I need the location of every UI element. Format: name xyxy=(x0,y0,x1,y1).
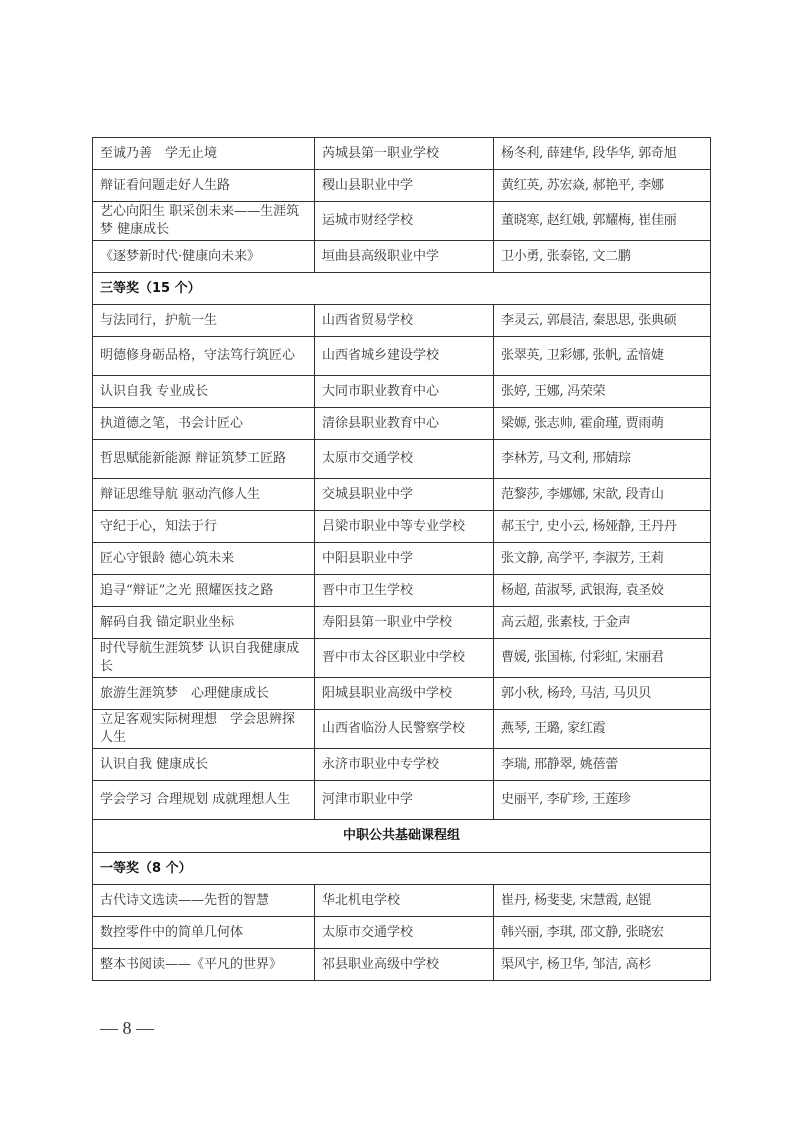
school-name: 寿阳县第一职业中学校 xyxy=(315,607,494,639)
table-row: 整本书阅读——《平凡的世界》 祁县职业高级中学校 渠风宇, 杨卫华, 邹洁, 高… xyxy=(93,949,711,981)
work-title: 匠心守银龄 德心筑未来 xyxy=(93,543,315,575)
table-row: 旅游生涯筑梦 心理健康成长 阳城县职业高级中学校 郭小秋, 杨玲, 马洁, 马贝… xyxy=(93,678,711,710)
work-title: 解码自我 锚定职业坐标 xyxy=(93,607,315,639)
authors: 高云超, 张素枝, 于金声 xyxy=(494,607,711,639)
section-label: 三等奖（15 个） xyxy=(93,273,711,305)
table-row: 《逐梦新时代·健康向未来》 垣曲县高级职业中学 卫小勇, 张泰铭, 文二鹏 xyxy=(93,241,711,273)
work-title: 时代导航生涯筑梦 认识自我健康成长 xyxy=(93,639,315,678)
authors: 卫小勇, 张泰铭, 文二鹏 xyxy=(494,241,711,273)
group-header-row: 中职公共基础课程组 xyxy=(93,820,711,853)
authors: 杨冬利, 薛建华, 段华华, 郭奇旭 xyxy=(494,138,711,170)
authors: 渠风宇, 杨卫华, 邹洁, 高杉 xyxy=(494,949,711,981)
section-label: 一等奖（8 个） xyxy=(93,853,711,885)
table-row: 认识自我 健康成长 永济市职业中专学校 李瑞, 邢静翠, 姚蓓蕾 xyxy=(93,749,711,781)
work-title: 认识自我 专业成长 xyxy=(93,376,315,408)
school-name: 太原市交通学校 xyxy=(315,440,494,479)
authors: 郝玉宁, 史小云, 杨娅静, 王丹丹 xyxy=(494,511,711,543)
table-row: 明德修身砺品格，守法笃行筑匠心 山西省城乡建设学校 张翠英, 卫彩娜, 张帆, … xyxy=(93,337,711,376)
school-name: 晋中市卫生学校 xyxy=(315,575,494,607)
school-name: 晋中市太谷区职业中学校 xyxy=(315,639,494,678)
work-title: 与法同行，护航一生 xyxy=(93,305,315,337)
authors: 董晓寒, 赵红娥, 郭耀梅, 崔佳丽 xyxy=(494,202,711,241)
authors: 燕琴, 王璐, 家红霞 xyxy=(494,710,711,749)
school-name: 山西省城乡建设学校 xyxy=(315,337,494,376)
authors: 韩兴丽, 李琪, 邵文静, 张晓宏 xyxy=(494,917,711,949)
awards-table: 至诚乃善 学无止境 芮城县第一职业学校 杨冬利, 薛建华, 段华华, 郭奇旭 辩… xyxy=(92,137,711,981)
document-page: 至诚乃善 学无止境 芮城县第一职业学校 杨冬利, 薛建华, 段华华, 郭奇旭 辩… xyxy=(0,0,794,1123)
school-name: 太原市交通学校 xyxy=(315,917,494,949)
work-title: 《逐梦新时代·健康向未来》 xyxy=(93,241,315,273)
work-title: 哲思赋能新能源 辩证筑梦工匠路 xyxy=(93,440,315,479)
authors: 崔丹, 杨斐斐, 宋慧霞, 赵锟 xyxy=(494,885,711,917)
page-number: — 8 — xyxy=(100,1018,154,1039)
table-row: 古代诗文选读——先哲的智慧 华北机电学校 崔丹, 杨斐斐, 宋慧霞, 赵锟 xyxy=(93,885,711,917)
authors: 李灵云, 郭晨洁, 秦思思, 张典硕 xyxy=(494,305,711,337)
work-title: 古代诗文选读——先哲的智慧 xyxy=(93,885,315,917)
authors: 李瑞, 邢静翠, 姚蓓蕾 xyxy=(494,749,711,781)
work-title: 守纪于心，知法于行 xyxy=(93,511,315,543)
table-row: 匠心守银龄 德心筑未来 中阳县职业中学 张文静, 高学平, 李淑芳, 王莉 xyxy=(93,543,711,575)
work-title: 认识自我 健康成长 xyxy=(93,749,315,781)
school-name: 芮城县第一职业学校 xyxy=(315,138,494,170)
table-row: 守纪于心，知法于行 吕梁市职业中等专业学校 郝玉宁, 史小云, 杨娅静, 王丹丹 xyxy=(93,511,711,543)
table-row: 数控零件中的简单几何体 太原市交通学校 韩兴丽, 李琪, 邵文静, 张晓宏 xyxy=(93,917,711,949)
work-title: 追寻“辩证”之光 照耀医技之路 xyxy=(93,575,315,607)
school-name: 清徐县职业教育中心 xyxy=(315,408,494,440)
school-name: 大同市职业教育中心 xyxy=(315,376,494,408)
work-title: 辩证思维导航 驱动汽修人生 xyxy=(93,479,315,511)
table-row: 与法同行，护航一生 山西省贸易学校 李灵云, 郭晨洁, 秦思思, 张典硕 xyxy=(93,305,711,337)
school-name: 吕梁市职业中等专业学校 xyxy=(315,511,494,543)
school-name: 垣曲县高级职业中学 xyxy=(315,241,494,273)
table-row: 立足客观实际树理想 学会思辨探人生 山西省临汾人民警察学校 燕琴, 王璐, 家红… xyxy=(93,710,711,749)
school-name: 华北机电学校 xyxy=(315,885,494,917)
table-row: 艺心向阳生 职采创未来——生涯筑梦 健康成长 运城市财经学校 董晓寒, 赵红娥,… xyxy=(93,202,711,241)
table-row: 辩证思维导航 驱动汽修人生 交城县职业中学 范黎莎, 李娜娜, 宋歆, 段青山 xyxy=(93,479,711,511)
authors: 李林芳, 马文利, 邢婧琮 xyxy=(494,440,711,479)
school-name: 山西省临汾人民警察学校 xyxy=(315,710,494,749)
authors: 曹媛, 张国栋, 付彩虹, 宋丽君 xyxy=(494,639,711,678)
authors: 史丽平, 李矿珍, 王莲珍 xyxy=(494,781,711,820)
authors: 张文静, 高学平, 李淑芳, 王莉 xyxy=(494,543,711,575)
table-row: 认识自我 专业成长 大同市职业教育中心 张婷, 王娜, 冯荣荣 xyxy=(93,376,711,408)
authors: 张婷, 王娜, 冯荣荣 xyxy=(494,376,711,408)
work-title: 辩证看问题走好人生路 xyxy=(93,170,315,202)
table-row: 辩证看问题走好人生路 稷山县职业中学 黄红英, 苏宏焱, 郝艳平, 李娜 xyxy=(93,170,711,202)
authors: 黄红英, 苏宏焱, 郝艳平, 李娜 xyxy=(494,170,711,202)
school-name: 祁县职业高级中学校 xyxy=(315,949,494,981)
work-title: 旅游生涯筑梦 心理健康成长 xyxy=(93,678,315,710)
authors: 郭小秋, 杨玲, 马洁, 马贝贝 xyxy=(494,678,711,710)
work-title: 数控零件中的简单几何体 xyxy=(93,917,315,949)
table-row: 至诚乃善 学无止境 芮城县第一职业学校 杨冬利, 薛建华, 段华华, 郭奇旭 xyxy=(93,138,711,170)
table-row: 哲思赋能新能源 辩证筑梦工匠路 太原市交通学校 李林芳, 马文利, 邢婧琮 xyxy=(93,440,711,479)
school-name: 交城县职业中学 xyxy=(315,479,494,511)
work-title: 至诚乃善 学无止境 xyxy=(93,138,315,170)
authors: 范黎莎, 李娜娜, 宋歆, 段青山 xyxy=(494,479,711,511)
section-row-third-prize: 三等奖（15 个） xyxy=(93,273,711,305)
work-title: 立足客观实际树理想 学会思辨探人生 xyxy=(93,710,315,749)
work-title: 执道德之笔，书会计匠心 xyxy=(93,408,315,440)
school-name: 稷山县职业中学 xyxy=(315,170,494,202)
table-row: 学会学习 合理规划 成就理想人生 河津市职业中学 史丽平, 李矿珍, 王莲珍 xyxy=(93,781,711,820)
authors: 梁嫄, 张志帅, 霍俞瑾, 贾雨萌 xyxy=(494,408,711,440)
authors: 杨超, 苗淑琴, 武银海, 袁圣姣 xyxy=(494,575,711,607)
school-name: 运城市财经学校 xyxy=(315,202,494,241)
school-name: 中阳县职业中学 xyxy=(315,543,494,575)
table-row: 追寻“辩证”之光 照耀医技之路 晋中市卫生学校 杨超, 苗淑琴, 武银海, 袁圣… xyxy=(93,575,711,607)
school-name: 永济市职业中专学校 xyxy=(315,749,494,781)
table-row: 执道德之笔，书会计匠心 清徐县职业教育中心 梁嫄, 张志帅, 霍俞瑾, 贾雨萌 xyxy=(93,408,711,440)
work-title: 艺心向阳生 职采创未来——生涯筑梦 健康成长 xyxy=(93,202,315,241)
table-row: 解码自我 锚定职业坐标 寿阳县第一职业中学校 高云超, 张素枝, 于金声 xyxy=(93,607,711,639)
group-title: 中职公共基础课程组 xyxy=(93,820,711,853)
table-row: 时代导航生涯筑梦 认识自我健康成长 晋中市太谷区职业中学校 曹媛, 张国栋, 付… xyxy=(93,639,711,678)
work-title: 学会学习 合理规划 成就理想人生 xyxy=(93,781,315,820)
school-name: 河津市职业中学 xyxy=(315,781,494,820)
work-title: 整本书阅读——《平凡的世界》 xyxy=(93,949,315,981)
authors: 张翠英, 卫彩娜, 张帆, 孟愔婕 xyxy=(494,337,711,376)
school-name: 阳城县职业高级中学校 xyxy=(315,678,494,710)
work-title: 明德修身砺品格，守法笃行筑匠心 xyxy=(93,337,315,376)
section-row-first-prize: 一等奖（8 个） xyxy=(93,853,711,885)
school-name: 山西省贸易学校 xyxy=(315,305,494,337)
